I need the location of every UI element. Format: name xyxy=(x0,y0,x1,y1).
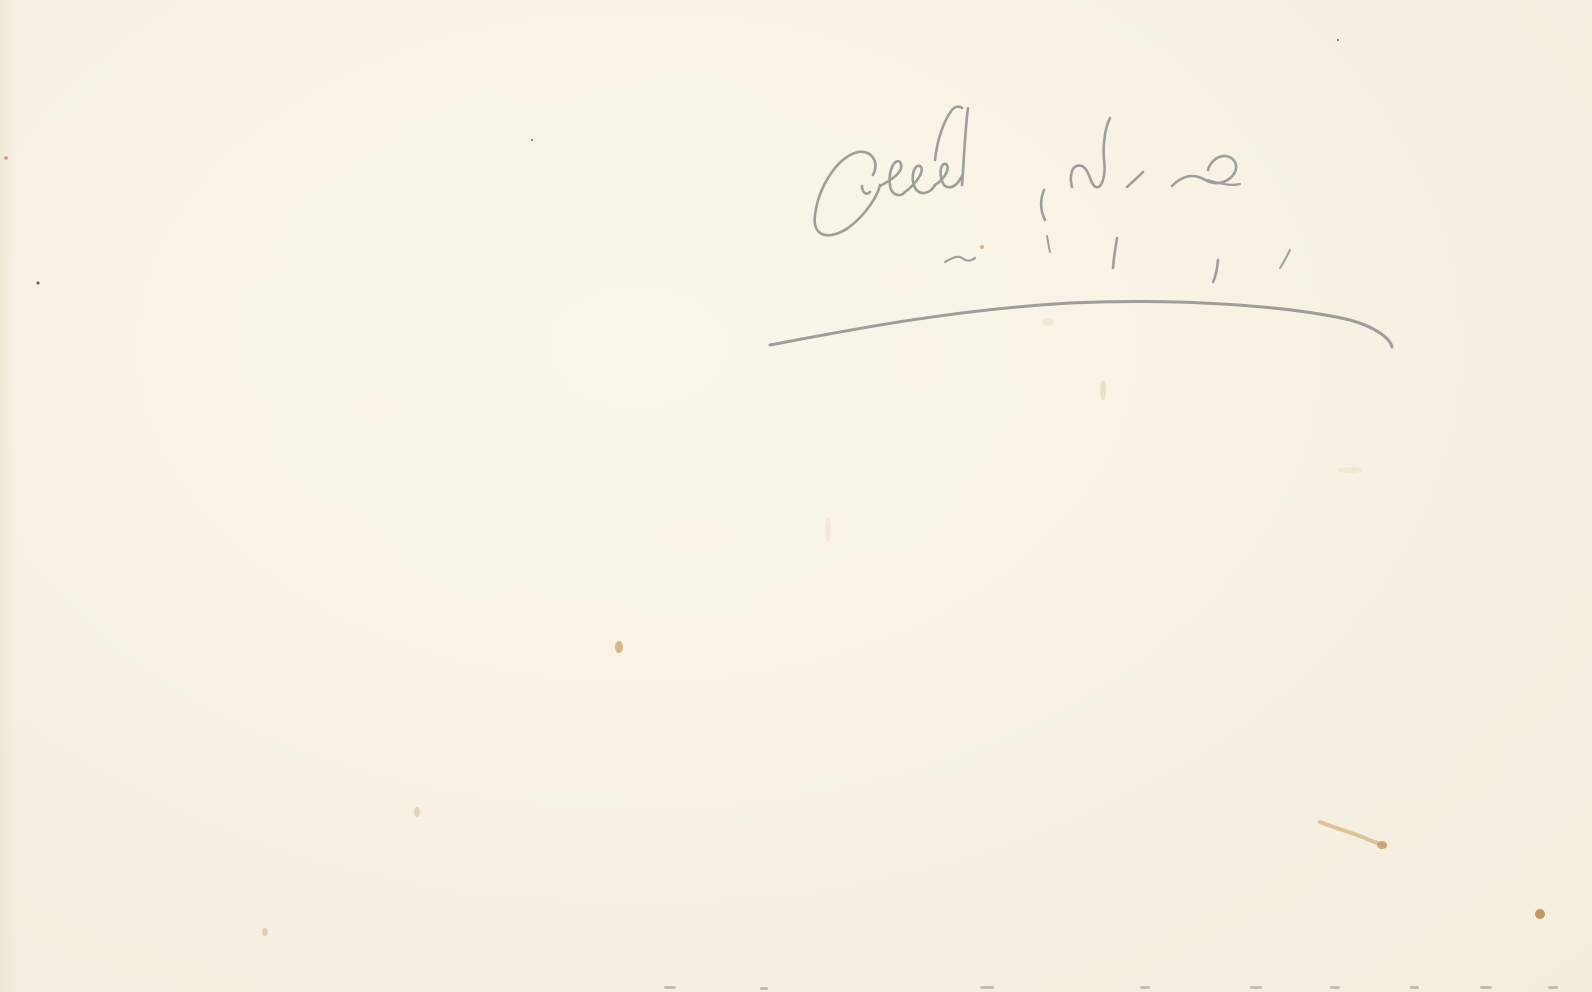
signature-underline xyxy=(770,302,1392,347)
paper-stains xyxy=(4,39,1545,936)
pencil-signature xyxy=(0,0,1592,992)
stain-faint-mark xyxy=(414,807,420,817)
paper-card: Handwritten pencil signature in cursive … xyxy=(0,0,1592,992)
stain-streak xyxy=(1320,822,1385,846)
signature-strokes xyxy=(815,107,1290,282)
stain-spot-center xyxy=(615,641,623,653)
stain-corner-spot xyxy=(1535,909,1545,919)
bottom-edge-marks xyxy=(664,986,1558,990)
